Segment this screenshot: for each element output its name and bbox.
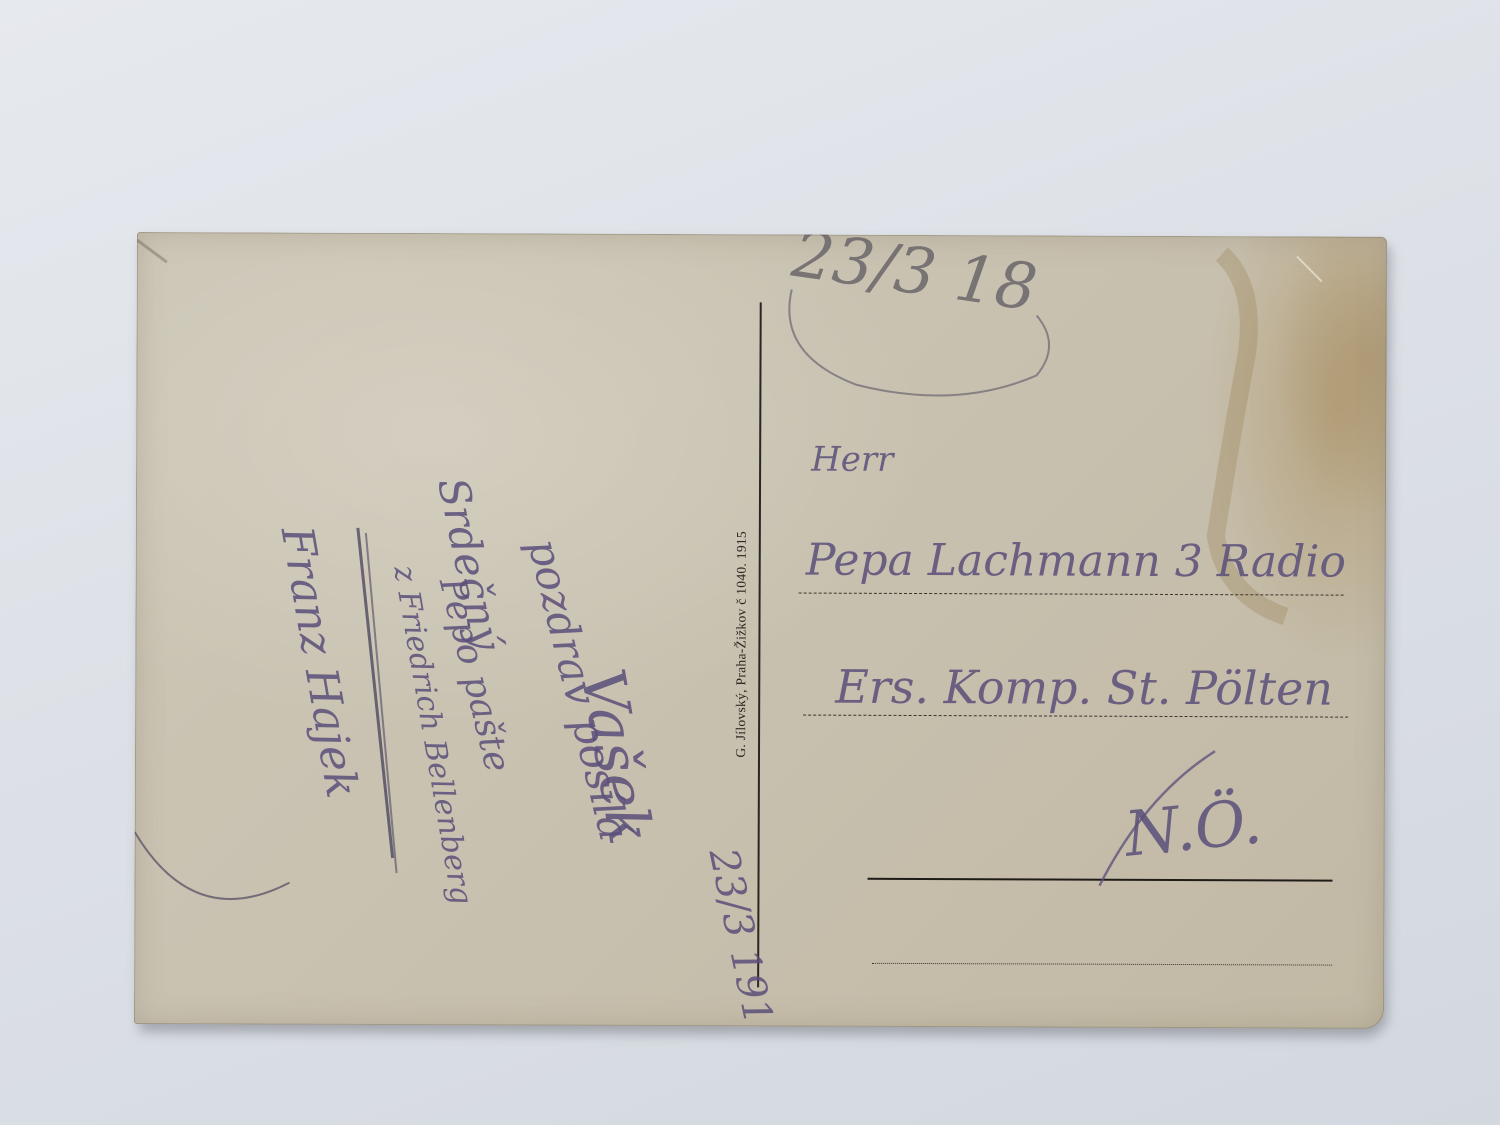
postcard-back: G. Jílovský, Praha-Žižkov č 1040. 1915 2… [134,232,1387,1029]
